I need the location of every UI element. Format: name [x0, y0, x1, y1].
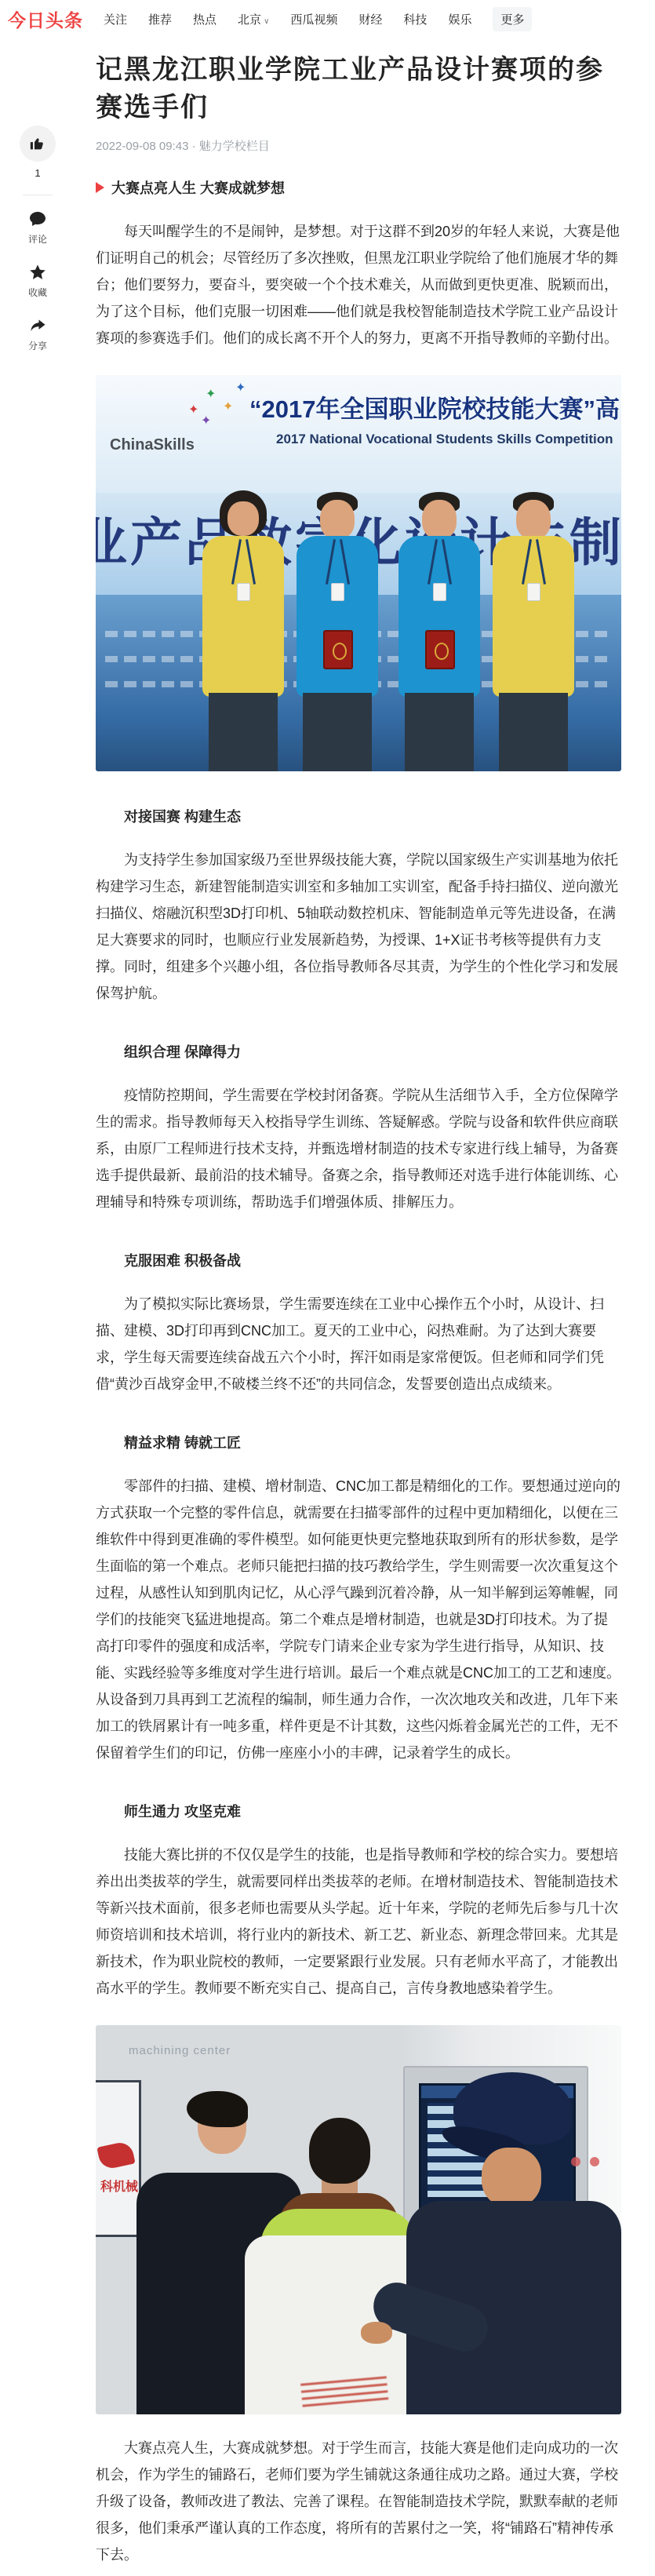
nav-xigua-video[interactable]: 西瓜视频: [290, 11, 337, 27]
action-rail: 1 评论 收藏 分享: [14, 126, 61, 370]
section-heading-5: 师生通力 攻坚克难: [96, 1801, 621, 1821]
like-button[interactable]: [20, 126, 56, 162]
paragraph-outro: 大赛点亮人生，大赛成就梦想。对于学生而言，技能大赛是他们走向成功的一次机会，作为…: [96, 2435, 621, 2568]
section-paragraph-1: 为支持学生参加国家级乃至世界级技能大赛，学院以国家级生产实训基地为依托构建学习生…: [96, 847, 621, 1007]
rail-divider: [23, 195, 53, 195]
chinaskills-logo-text: ChinaSkills: [110, 436, 195, 454]
article-photo-cnc-training[interactable]: machining center 科机械: [96, 2025, 621, 2414]
chinaskills-stars-icon: ✦ ✦ ✦ ✦ ✦: [188, 380, 259, 428]
article-body: 记黑龙江职业学院工业产品设计赛项的参赛选手们 2022-09-08 09:43 …: [96, 38, 621, 2576]
section-heading-2: 组织合理 保障得力: [96, 1041, 621, 1062]
comment-label: 评论: [14, 232, 61, 246]
machine-side-panel: 科机械: [96, 2080, 141, 2237]
banner-top-area: ✦ ✦ ✦ ✦ ✦ ChinaSkills “2017年全国职业院校技能大赛”高…: [96, 375, 621, 493]
nav-menu: 关注 推荐 热点 北京∨ 西瓜视频 财经 科技 娱乐 更多: [104, 7, 532, 31]
nav-tech[interactable]: 科技: [403, 11, 427, 27]
comment-icon: [28, 210, 47, 228]
nav-follow[interactable]: 关注: [104, 11, 127, 27]
share-label: 分享: [14, 339, 61, 352]
nav-hot[interactable]: 热点: [193, 11, 217, 27]
top-nav-bar: 今日头条 关注 推荐 热点 北京∨ 西瓜视频 财经 科技 娱乐 更多: [0, 0, 655, 38]
chevron-down-icon: ∨: [264, 17, 269, 26]
like-count: 1: [14, 167, 61, 179]
banner-title: “2017年全国职业院校技能大赛”高: [249, 389, 620, 424]
page-title: 记黑龙江职业学院工业产品设计赛项的参赛选手们: [96, 38, 621, 126]
article-photo-award-ceremony[interactable]: ✦ ✦ ✦ ✦ ✦ ChinaSkills “2017年全国职业院校技能大赛”高…: [96, 375, 621, 771]
photo-person-woman-yellow: [199, 490, 287, 771]
share-button[interactable]: 分享: [14, 316, 61, 352]
banner-subtitle: 2017 National Vocational Students Skills…: [276, 432, 613, 447]
section-paragraph-4: 零部件的扫描、建模、增材制造、CNC加工都是精细化的工作。要想通过逆向的方式获取…: [96, 1473, 621, 1766]
nav-beijing[interactable]: 北京∨: [238, 11, 269, 27]
lead-heading-text: 大赛点亮人生 大赛成就梦想: [111, 177, 285, 198]
nav-finance[interactable]: 财经: [358, 11, 382, 27]
article-page: 今日头条 关注 推荐 热点 北京∨ 西瓜视频 财经 科技 娱乐 更多 1 评论: [0, 0, 655, 2576]
section-paragraph-2: 疫情防控期间，学生需要在学校封闭备赛。学院从生活细节入手，全方位保障学生的需求。…: [96, 1082, 621, 1215]
toutiao-logo[interactable]: 今日头条: [8, 6, 83, 32]
photo-person-teacher-navy-cap: [406, 2072, 621, 2414]
favorite-label: 收藏: [14, 286, 61, 299]
section-paragraph-3: 为了模拟实际比赛场景，学生需要连续在工业中心操作五个小时，从设计、扫描、建模、3…: [96, 1291, 621, 1397]
section-heading-1: 对接国赛 构建生态: [96, 806, 621, 826]
machine-label-text: machining center: [129, 2044, 231, 2057]
photo-person-man-blue-1: [293, 490, 381, 771]
star-icon: [28, 263, 47, 282]
paragraph-intro: 每天叫醒学生的不是闹钟，是梦想。对于这群不到20岁的年轻人来说，大赛是他们证明自…: [96, 218, 621, 352]
nav-entertainment[interactable]: 娱乐: [448, 11, 471, 27]
machine-brand-logo-icon: [96, 2141, 135, 2170]
photo-person-man-yellow: [489, 490, 577, 771]
thumbs-up-icon: [29, 135, 46, 152]
machine-brand-text: 科机械: [100, 2177, 138, 2195]
section-paragraph-5: 技能大赛比拼的不仅仅是学生的技能，也是指导教师和学校的综合实力。要想培养出出类拔…: [96, 1842, 621, 2002]
photo-person-man-blue-2: [395, 490, 483, 771]
nav-more[interactable]: 更多: [493, 7, 532, 31]
article-meta: 2022-09-08 09:43 · 魅力学校栏目: [96, 137, 621, 154]
lead-heading: 大赛点亮人生 大赛成就梦想: [96, 177, 621, 198]
share-icon: [28, 316, 47, 335]
red-triangle-icon: [96, 182, 104, 193]
favorite-button[interactable]: 收藏: [14, 263, 61, 299]
nav-recommend[interactable]: 推荐: [148, 11, 172, 27]
section-heading-4: 精益求精 铸就工匠: [96, 1432, 621, 1452]
comment-button[interactable]: 评论: [14, 210, 61, 246]
nav-beijing-label: 北京: [238, 13, 261, 27]
section-heading-3: 克服困难 积极备战: [96, 1250, 621, 1270]
